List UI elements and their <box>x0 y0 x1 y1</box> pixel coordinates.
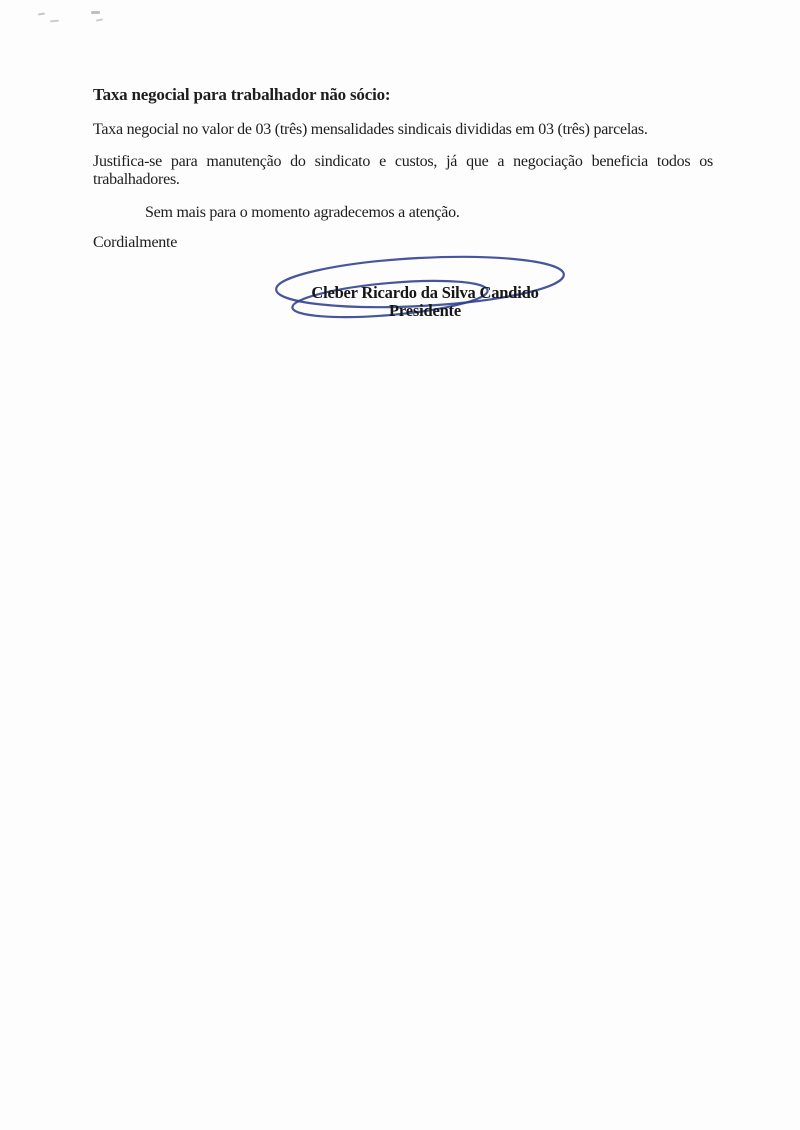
paragraph-justificativa: Justifica-se para manutenção do sindicat… <box>93 153 713 189</box>
scanned-letter-page: Taxa negocial para trabalhador não sócio… <box>0 0 800 1130</box>
signature-block: Cleber Ricardo da Silva Candido Presiden… <box>93 252 713 367</box>
salutation: Cordialmente <box>93 234 713 252</box>
signatory-title: Presidente <box>290 302 560 320</box>
letter-body: Taxa negocial para trabalhador não sócio… <box>93 86 713 367</box>
closing-line: Sem mais para o momento agradecemos a at… <box>93 204 713 222</box>
paragraph-taxa-valor: Taxa negocial no valor de 03 (três) mens… <box>93 121 713 139</box>
scan-speck <box>96 18 103 21</box>
scan-speck <box>38 13 45 16</box>
signature-text: Cleber Ricardo da Silva Candido Presiden… <box>290 284 560 320</box>
signatory-name: Cleber Ricardo da Silva Candido <box>290 284 560 302</box>
section-heading: Taxa negocial para trabalhador não sócio… <box>93 86 713 104</box>
scan-speck <box>50 20 59 23</box>
scan-speck <box>91 11 100 14</box>
